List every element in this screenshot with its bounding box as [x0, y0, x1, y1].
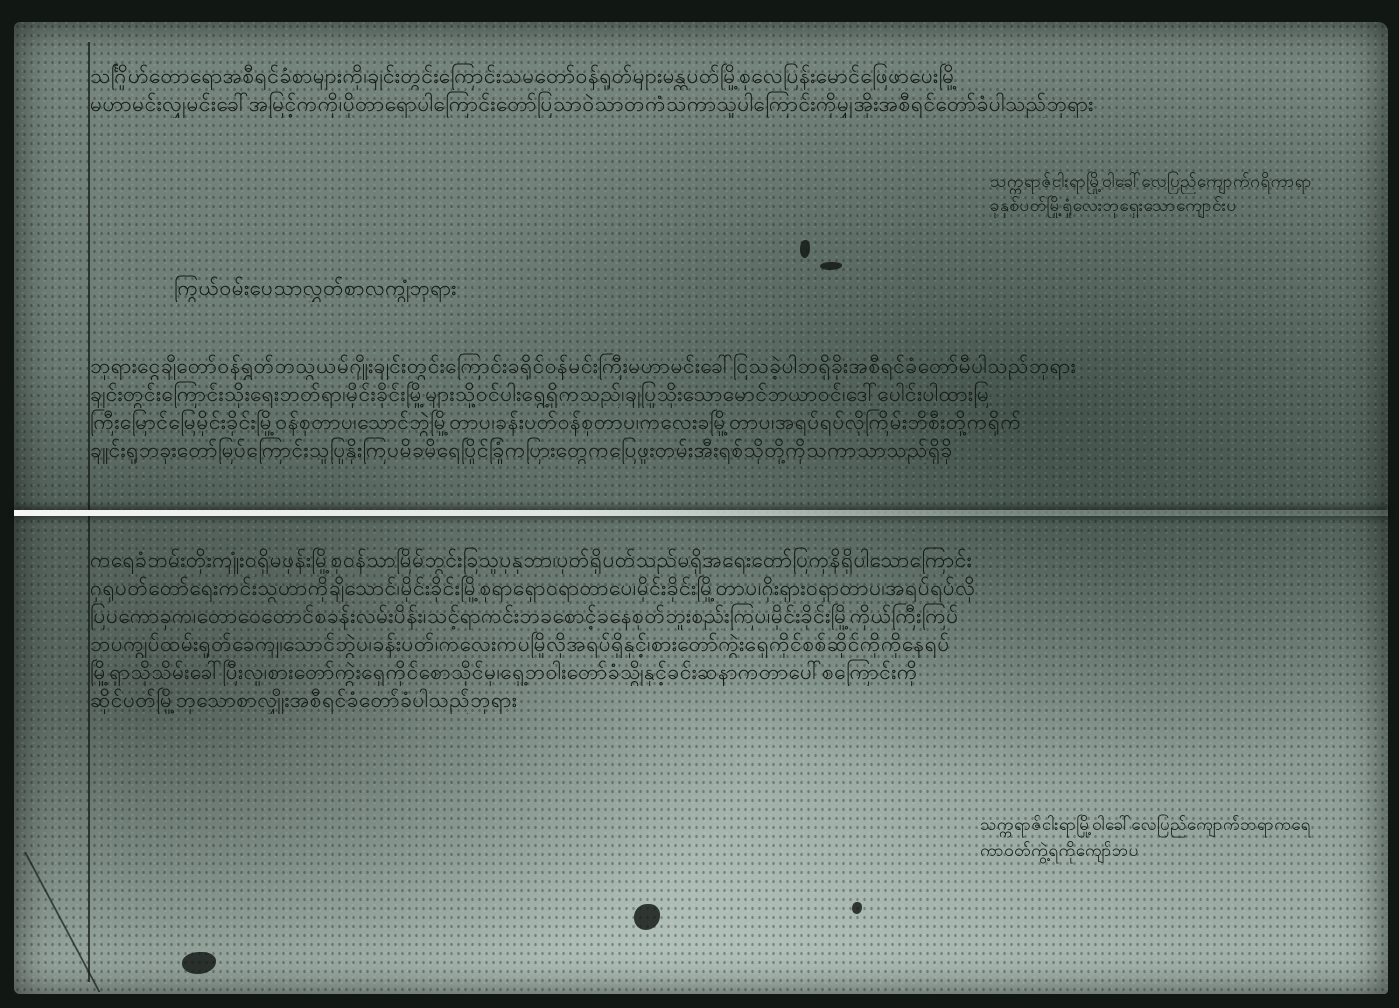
- photo-frame: သင်္ဂြိုဟ်တောရောအစီရင်ခံစာများကို၊ချင်းတ…: [0, 0, 1399, 1008]
- text-line: ဆိုင်ပတ်မြို့ဘုသောစာလျှိုးအစီရင်ခံတော်ခံ…: [90, 686, 1380, 714]
- manuscript-sheet: သင်္ဂြိုဟ်တောရောအစီရင်ခံစာများကို၊ချင်းတ…: [14, 22, 1388, 994]
- signature-line: သက္ကရာဇ်ငါးရာမြို့ဝါခေါ်လေပြည်ကျောက်ဂရိက…: [990, 170, 1320, 194]
- text-line: မဟာမင်းလျှမင်းခေါ်အမြင့်ကကို၊ပိုတာရောပါက…: [90, 90, 1370, 118]
- bottom-signature: သက္ကရာဇ်ငါးရာမြို့ဝါခေါ်လေပြည်ကျောက်ဘရာက…: [980, 812, 1320, 864]
- text-line: ပြပကောခုက၊တောဝေတောင်စခန်းလမ်းပိန်း၊သင့်ရ…: [90, 602, 1380, 630]
- heading-text: ကြွယ်ဝမ်းပေသာလွှတ်စာလကျွံဘုရား: [174, 274, 554, 302]
- text-line: ကြီးမြောင်မြေမိုင်းခိုင်းမြို့ဝန်စုတာပ၊သ…: [90, 408, 1380, 436]
- top-paragraph: သင်္ဂြိုဟ်တောရောအစီရင်ခံစာများကို၊ချင်းတ…: [90, 62, 1370, 118]
- text-line: ဘုရားငွေချိတော်ဝန်ရွှတ်ဘသွယမ်ဂျိုးချင်းတ…: [90, 352, 1380, 380]
- text-line: ဘပကျွပ်ထမ်းရှုတ်ခေကျ၊သောင်ဘွဲပ၊ခန်းပတ်၊က…: [90, 630, 1380, 658]
- signature-line: ကာဝတ်ကွဲ့ရကိုကျော်ဘပ: [980, 838, 1320, 864]
- top-signature: သက္ကရာဇ်ငါးရာမြို့ဝါခေါ်လေပြည်ကျောက်ဂရိက…: [990, 170, 1320, 218]
- fold-crease: [14, 510, 1388, 516]
- ink-blot: [182, 952, 216, 974]
- signature-line: သက္ကရာဇ်ငါးရာမြို့ဝါခေါ်လေပြည်ကျောက်ဘရာက…: [980, 812, 1320, 838]
- text-line: မြို့ရှာသိုသိမ်းခေါ်ပြီးလှု၊စားတော်ကွဲးရ…: [90, 658, 1380, 686]
- bottom-paragraph: ကရေခံဘမ်းတိုးကျုံးဝရှိမဖုန်းမြို့စုဝန်သာ…: [90, 546, 1380, 714]
- ink-blot: [800, 240, 810, 258]
- section-heading: ကြွယ်ဝမ်းပေသာလွှတ်စာလကျွံဘုရား: [174, 274, 554, 302]
- middle-paragraph: ဘုရားငွေချိတော်ဝန်ရွှတ်ဘသွယမ်ဂျိုးချင်းတ…: [90, 352, 1380, 464]
- text-line: ကရေခံဘမ်းတိုးကျုံးဝရှိမဖုန်းမြို့စုဝန်သာ…: [90, 546, 1380, 574]
- text-line: ချုင်းရှုဘခုးတော်မြပ်ကြောင်းသူပြုနိုးကြပ…: [90, 436, 1380, 464]
- signature-line: ခုနှစ်ပတ်မြို့ရှုံလေးဘုရှေးသောကျောင်းပ: [990, 194, 1320, 218]
- text-line: သင်္ဂြိုဟ်တောရောအစီရင်ခံစာများကို၊ချင်းတ…: [90, 62, 1370, 90]
- text-line: ချင်းတွင်းကြောင်းသိုးရေးဘတ်ရာ၊မိုင်းခိုင…: [90, 380, 1380, 408]
- ink-blot: [852, 902, 862, 914]
- ink-blot: [820, 262, 842, 270]
- ink-blot: [634, 904, 660, 930]
- text-line: ဂုရုပတ်တော်ရေးကင်းသွဟာကိုချိသောင်၊မိုင်း…: [90, 574, 1380, 602]
